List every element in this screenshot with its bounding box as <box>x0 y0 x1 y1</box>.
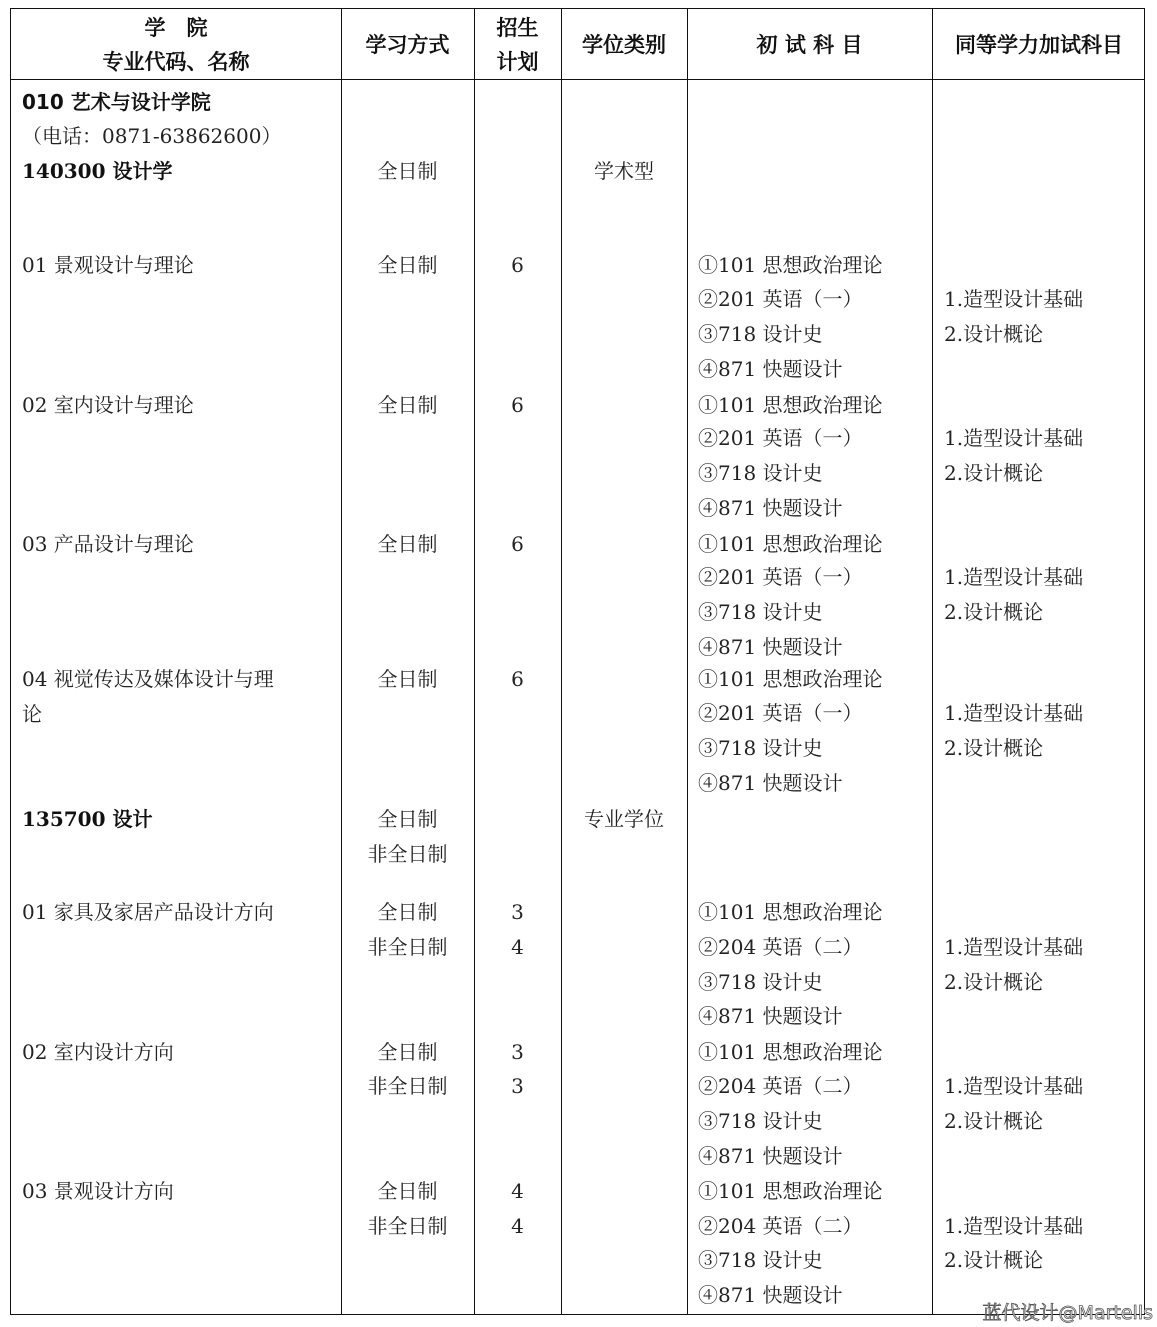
direction-name: 01 景观设计与理论 <box>22 248 194 283</box>
header-label: 招生 <box>497 11 539 45</box>
exam-subject: ②204 英语（二） <box>698 1209 863 1244</box>
exam-subject: ①101 思想政治理论 <box>698 248 883 283</box>
exam-subject: ③718 设计史 <box>698 731 823 766</box>
enrollment-plan: 6 <box>474 248 561 283</box>
degree-type: 专业学位 <box>561 802 687 837</box>
enrollment-plan: 4 <box>474 930 561 965</box>
enrollment-plan: 4 <box>474 1209 561 1244</box>
extra-subject: 2.设计概论 <box>944 317 1043 352</box>
exam-subject: ②201 英语（一） <box>698 282 863 317</box>
direction-name: 02 室内设计方向 <box>22 1035 174 1070</box>
exam-subject: ④871 快题设计 <box>698 630 843 665</box>
direction-name: 01 家具及家居产品设计方向 <box>22 895 274 930</box>
exam-subject: ③718 设计史 <box>698 1243 823 1278</box>
extra-subject: 1.造型设计基础 <box>944 282 1083 317</box>
major-code-name: 140300 设计学 <box>22 154 172 189</box>
extra-subject: 1.造型设计基础 <box>944 560 1083 595</box>
extra-subject: 2.设计概论 <box>944 731 1043 766</box>
direction-name-continued: 论 <box>22 697 42 732</box>
study-mode: 全日制 <box>341 895 474 930</box>
enrollment-plan: 3 <box>474 1069 561 1104</box>
exam-subject: ③718 设计史 <box>698 456 823 491</box>
extra-subject: 1.造型设计基础 <box>944 930 1083 965</box>
exam-subject: ③718 设计史 <box>698 965 823 1000</box>
college-name: 010 艺术与设计学院 <box>22 85 211 120</box>
header-label: 学 院 <box>145 11 208 45</box>
header-label: 专业代码、名称 <box>103 45 250 79</box>
column-divider <box>561 9 562 1314</box>
study-mode: 全日制 <box>341 802 474 837</box>
extra-subject: 2.设计概论 <box>944 595 1043 630</box>
enrollment-plan: 6 <box>474 388 561 423</box>
column-divider <box>932 9 933 1314</box>
degree-type: 学术型 <box>561 154 687 189</box>
exam-subject: ④871 快题设计 <box>698 999 843 1034</box>
exam-subject: ②201 英语（一） <box>698 560 863 595</box>
exam-subject: ①101 思想政治理论 <box>698 662 883 697</box>
watermark: 蓝代设计@Martells <box>983 1298 1153 1325</box>
study-mode: 非全日制 <box>341 930 474 965</box>
exam-subject: ②201 英语（一） <box>698 421 863 456</box>
exam-subject: ④871 快题设计 <box>698 352 843 387</box>
header-label: 同等学力加试科目 <box>955 28 1123 62</box>
study-mode: 全日制 <box>341 527 474 562</box>
exam-subject: ①101 思想政治理论 <box>698 388 883 423</box>
study-mode: 全日制 <box>341 1174 474 1209</box>
exam-subject: ②204 英语（二） <box>698 1069 863 1104</box>
major-code-name: 135700 设计 <box>22 802 152 837</box>
exam-subject: ①101 思想政治理论 <box>698 895 883 930</box>
study-mode: 全日制 <box>341 248 474 283</box>
exam-subject: ④871 快题设计 <box>698 491 843 526</box>
enrollment-plan: 3 <box>474 895 561 930</box>
extra-subject: 1.造型设计基础 <box>944 1209 1083 1244</box>
exam-subject: ②204 英语（二） <box>698 930 863 965</box>
direction-name: 03 产品设计与理论 <box>22 527 194 562</box>
header-college-major: 学 院 专业代码、名称 <box>11 9 341 80</box>
exam-subject: ③718 设计史 <box>698 1104 823 1139</box>
study-mode: 非全日制 <box>341 1069 474 1104</box>
header-label: 学位类别 <box>582 28 666 62</box>
exam-subject: ②201 英语（一） <box>698 696 863 731</box>
exam-subject: ④871 快题设计 <box>698 1278 843 1313</box>
exam-subject: ①101 思想政治理论 <box>698 527 883 562</box>
study-mode: 非全日制 <box>341 1209 474 1244</box>
exam-subject: ①101 思想政治理论 <box>698 1174 883 1209</box>
direction-name: 04 视觉传达及媒体设计与理 <box>22 662 274 697</box>
exam-subject: ④871 快题设计 <box>698 1139 843 1174</box>
study-mode: 全日制 <box>341 388 474 423</box>
header-label: 初 试 科 目 <box>757 28 863 62</box>
column-divider <box>687 9 688 1314</box>
direction-name: 03 景观设计方向 <box>22 1174 174 1209</box>
extra-subject: 1.造型设计基础 <box>944 696 1083 731</box>
study-mode: 全日制 <box>341 154 474 189</box>
exam-subject: ③718 设计史 <box>698 317 823 352</box>
enrollment-plan: 6 <box>474 662 561 697</box>
exam-subject: ④871 快题设计 <box>698 766 843 801</box>
header-study-mode: 学习方式 <box>341 9 474 80</box>
extra-subject: 2.设计概论 <box>944 965 1043 1000</box>
direction-name: 02 室内设计与理论 <box>22 388 194 423</box>
header-label: 学习方式 <box>366 28 450 62</box>
study-mode: 全日制 <box>341 662 474 697</box>
exam-subject: ③718 设计史 <box>698 595 823 630</box>
study-mode: 全日制 <box>341 1035 474 1070</box>
extra-subject: 1.造型设计基础 <box>944 421 1083 456</box>
header-label: 计划 <box>497 45 539 79</box>
study-mode: 非全日制 <box>341 837 474 872</box>
extra-subject: 2.设计概论 <box>944 456 1043 491</box>
extra-subject: 2.设计概论 <box>944 1104 1043 1139</box>
enrollment-plan: 3 <box>474 1035 561 1070</box>
enrollment-plan: 4 <box>474 1174 561 1209</box>
extra-subject: 1.造型设计基础 <box>944 1069 1083 1104</box>
college-phone: （电话：0871-63862600） <box>22 119 281 154</box>
enrollment-plan: 6 <box>474 527 561 562</box>
header-enrollment-plan: 招生 计划 <box>474 9 561 80</box>
extra-subject: 2.设计概论 <box>944 1243 1043 1278</box>
exam-subject: ①101 思想政治理论 <box>698 1035 883 1070</box>
header-exam-subjects: 初 试 科 目 <box>687 9 932 80</box>
header-equivalent-exams: 同等学力加试科目 <box>932 9 1146 80</box>
header-degree-type: 学位类别 <box>561 9 687 80</box>
